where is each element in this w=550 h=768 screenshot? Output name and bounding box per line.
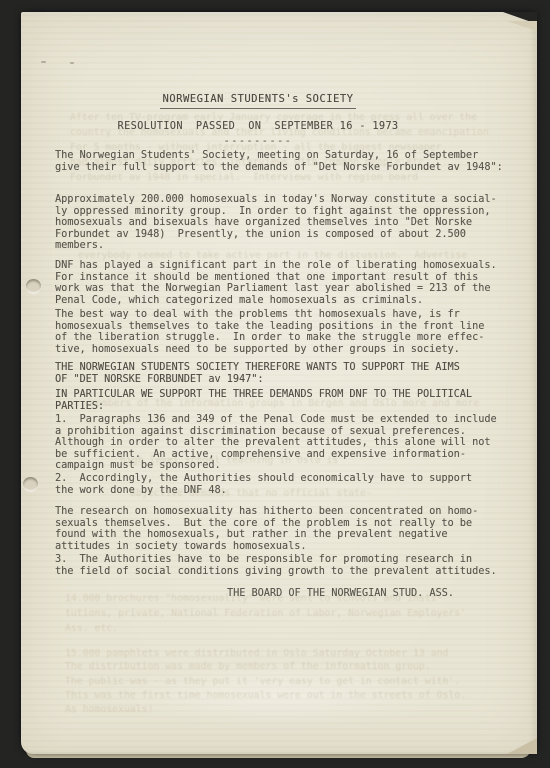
- numbered-item: 2. Accordingly, the Authorities should e…: [55, 473, 472, 496]
- text-line: DNF has played a significant part in the…: [55, 260, 497, 272]
- pencil-mark: [70, 62, 74, 64]
- paragraph: The best way to deal with the problems t…: [55, 309, 484, 355]
- text-line: The research on homosexuality has hither…: [55, 506, 478, 518]
- text-line: Forbundet av 1948) Presently, the union …: [55, 229, 497, 241]
- text-line: found with the homosexuals, but rather i…: [55, 529, 478, 541]
- document-subtitle: RESOLUTION PASSED ON SEPTEMBER 16 - 1973: [28, 121, 488, 132]
- text-line: Approximately 200.000 homosexuals in tod…: [55, 194, 497, 206]
- text-line: Penal Code, which categorized male homos…: [55, 295, 497, 307]
- title-underline: [160, 108, 356, 109]
- text-line: OF "DET NORSKE FORBUNDET av 1947":: [55, 374, 460, 386]
- text-line: For instance it should be mentioned that…: [55, 272, 497, 284]
- paragraph: The Norwegian Students' Society, meeting…: [55, 150, 503, 173]
- divider-dashes: ---------: [28, 136, 488, 147]
- typewritten-text-layer: NORWEGIAN STUDENTS's SOCIETY RESOLUTION …: [0, 0, 550, 768]
- text-line: campaign must be sponsored.: [55, 460, 497, 472]
- punch-hole: [26, 279, 41, 293]
- text-line: 1. Paragraphs 136 and 349 of the Penal C…: [55, 414, 497, 426]
- text-line: Although in order to alter the prevalent…: [55, 437, 497, 449]
- numbered-item: 1. Paragraphs 136 and 349 of the Penal C…: [55, 414, 497, 472]
- text-line: the work done by the DNF 48.: [55, 485, 472, 497]
- text-line: homosexuals themselves to take the leadi…: [55, 321, 484, 333]
- document-title: NORWEGIAN STUDENTS's SOCIETY: [28, 93, 488, 105]
- text-line: tive, homosexuals need to be supported b…: [55, 344, 484, 356]
- text-line: THE NORWEGIAN STUDENTS SOCIETY THEREFORE…: [55, 362, 460, 374]
- signature-line: THE BOARD OF THE NORWEGIAN STUD. ASS.: [227, 588, 454, 600]
- text-line: The Norwegian Students' Society, meeting…: [55, 150, 503, 162]
- text-line: be sufficient. An active, comprehensive …: [55, 449, 497, 461]
- text-line: members.: [55, 240, 497, 252]
- punch-hole: [23, 477, 38, 491]
- paragraph: DNF has played a significant part in the…: [55, 260, 497, 306]
- text-line: attitudes in society towards homosexuals…: [55, 541, 478, 553]
- text-line: give their full support to the demands o…: [55, 162, 503, 174]
- paragraph: THE NORWEGIAN STUDENTS SOCIETY THEREFORE…: [55, 362, 460, 385]
- text-line: IN PARTICULAR WE SUPPORT THE THREE DEMAN…: [55, 389, 472, 401]
- scanned-document-photo: After ten TV-program early January cover…: [0, 0, 550, 768]
- text-line: of the liberation struggle. In order to …: [55, 332, 484, 344]
- paragraph: IN PARTICULAR WE SUPPORT THE THREE DEMAN…: [55, 389, 472, 412]
- text-line: ly oppressed minority group. In order to…: [55, 206, 497, 218]
- text-line: sexuals themselves. But the core of the …: [55, 518, 478, 530]
- paragraph: Approximately 200.000 homosexuals in tod…: [55, 194, 497, 252]
- text-line: the field of social conditions giving gr…: [55, 566, 497, 578]
- pencil-mark: [41, 61, 46, 63]
- numbered-item: 3. The Authorities have to be responsibl…: [55, 554, 497, 577]
- paragraph: The research on homosexuality has hither…: [55, 506, 478, 552]
- text-line: The best way to deal with the problems t…: [55, 309, 484, 321]
- text-line: PARTIES:: [55, 401, 472, 413]
- text-line: homosexuals and bisexuals have organized…: [55, 217, 497, 229]
- text-line: 3. The Authorities have to be responsibl…: [55, 554, 497, 566]
- text-line: a prohibition against discrimination bec…: [55, 426, 497, 438]
- text-line: 2. Accordingly, the Authorities should e…: [55, 473, 472, 485]
- text-line: work was that the Norwegian Parliament l…: [55, 283, 497, 295]
